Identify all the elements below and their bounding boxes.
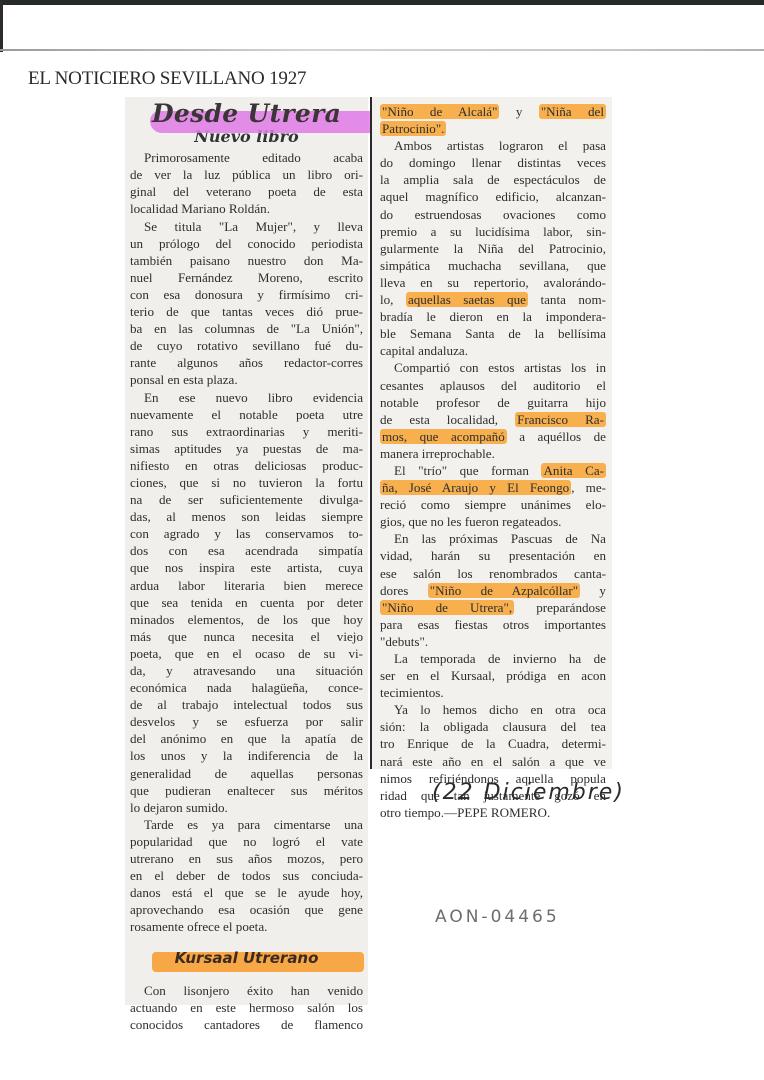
right-column-line: gios, que no les fueron regateados. (380, 513, 606, 530)
left-column-line: ginal del veterano poeta de esta (130, 183, 363, 200)
highlighted-phrase: aquellas saetas que (406, 292, 528, 307)
right-column-line: cesantes aplausos del auditorio el (380, 377, 606, 394)
highlighted-phrase: "Niña del (539, 104, 606, 119)
right-column-line: mos, que acompañó a aquéllos de (380, 428, 606, 445)
left-column-line: rosamente ofrece el poeta. (130, 918, 363, 935)
right-column-line: otro tiempo.—PEPE ROMERO. (380, 804, 606, 821)
left-column-line: ciones, que si no tuvieron la fortu (130, 474, 363, 491)
right-column-line: tro Enrique de la Cuadra, determi- (380, 735, 606, 752)
right-column-line: lo, aquellas saetas que tanta nom- (380, 291, 606, 308)
right-column-line: vidad, harán su presentación en (380, 547, 606, 564)
right-column-text: "Niño de Alcalá" y "Niña delPatrocinio".… (380, 103, 606, 821)
right-column-line: bradía le dieron en la impondera- (380, 308, 606, 325)
scan-top-border (0, 0, 764, 5)
left-column-line: minados elementos, de los que hoy (130, 611, 363, 628)
left-column-text: Primorosamente editado acabade ver la lu… (130, 149, 363, 935)
right-column-line: reció como siempre unánimes elo- (380, 496, 606, 513)
left-column-line: en el deber de todos sus conciuda- (130, 867, 363, 884)
right-column-line: Ya lo hemos dicho en otra oca (380, 701, 606, 718)
right-column-line: de esta localidad, Francisco Ra- (380, 411, 606, 428)
highlighted-phrase: "Niño de Azpalcóllar" (428, 583, 580, 598)
highlighted-phrase: mos, que acompañó (380, 429, 507, 444)
left-column-line: nuel Fernández Moreno, escrito (130, 269, 363, 286)
left-column-line: utrerano en sus años mozos, pero (130, 850, 363, 867)
highlighted-phrase: "Niño de Alcalá" (380, 104, 499, 119)
left-column-line: Primorosamente editado acaba (130, 149, 363, 166)
right-column-line: sión: la obligada clausura del tea (380, 718, 606, 735)
right-column-line: El "trío" que forman Anita Ca- (380, 462, 606, 479)
section-heading: Kursaal Utrerano (130, 950, 363, 974)
right-column-line: simpática muchacha sevillana, que (380, 257, 606, 274)
section2-text: Con lisonjero éxito han venidoactuando e… (130, 982, 363, 1033)
right-column-line: para esas fiestas otros importantes (380, 616, 606, 633)
left-column-line: del anónimo en que la apatía de (130, 730, 363, 747)
left-column-line: na de ser suficientemente divulga- (130, 491, 363, 508)
left-column-line: de al trabajo intelectual todos sus (130, 696, 363, 713)
left-column-line: simas aptitudes ya puestas de ma- (130, 440, 363, 457)
left-column-line: dos con esa acendrada simpatía (130, 542, 363, 559)
scan-left-border (0, 0, 3, 52)
left-column-line: Tarde es ya para cimentarse una (130, 816, 363, 833)
right-column-line: notable profesor de guitarra hijo (380, 394, 606, 411)
right-column-line: nará este año en el salón a que ve (380, 753, 606, 770)
left-column-line: rano sus extraordinarias y meriti- (130, 423, 363, 440)
right-column-line: ser en el Kursaal, pródiga en acon (380, 667, 606, 684)
left-column-line: Se titula "La Mujer", y lleva (130, 218, 363, 235)
right-column-line: lleva en su repertorio, avalorándo- (380, 274, 606, 291)
right-column-line: la amplia sala de espectáculos de (380, 171, 606, 188)
left-column-line: más que nunca necesita el viejo (130, 628, 363, 645)
left-column-line: un prólogo del conocido periodista (130, 235, 363, 252)
page-fold-line (0, 49, 764, 51)
left-column-line: con agrado y las conservamos to- (130, 525, 363, 542)
right-column-line: "debuts". (380, 633, 606, 650)
highlighted-phrase: Francisco Ra- (515, 412, 606, 427)
right-column-line: capital andaluza. (380, 342, 606, 359)
section2-line: conocidos cantadores de flamenco (130, 1016, 363, 1033)
right-column-line: tecimientos. (380, 684, 606, 701)
left-column: Desde Utrera Nuevo libro Primorosamente … (125, 97, 368, 1005)
left-column-line: que nos inspira este artista, cuya (130, 559, 363, 576)
left-column-line: nifiesto en otras deliciosas produc- (130, 457, 363, 474)
left-column-line: da, y atravesando una situación (130, 662, 363, 679)
left-column-line: que sea tenida en cuenta por deter (130, 594, 363, 611)
left-column-line: popularidad que no logró el vate (130, 833, 363, 850)
highlighted-phrase: Anita Ca- (541, 463, 606, 478)
left-column-line: ponsal en esta plaza. (130, 371, 363, 388)
newspaper-clipping: Desde Utrera Nuevo libro Primorosamente … (125, 97, 625, 1007)
right-column-line: "Niño de Alcalá" y "Niña del (380, 103, 606, 120)
section2-line: Con lisonjero éxito han venido (130, 982, 363, 999)
right-column-line: Patrocinio". (380, 120, 606, 137)
handwritten-archive-code: AON-04465 (435, 907, 560, 927)
right-column-line: La temporada de invierno ha de (380, 650, 606, 667)
left-column-line: lo dejaron sumido. (130, 799, 363, 816)
right-column: "Niño de Alcalá" y "Niña delPatrocinio".… (370, 97, 612, 769)
left-column-line: En ese nuevo libro evidencia (130, 389, 363, 406)
left-column-line: poeta, que en el ocaso de su vi- (130, 645, 363, 662)
right-column-line: "Niño de Utrera", preparándose (380, 599, 606, 616)
right-column-line: Ambos artistas lograron el pasa (380, 137, 606, 154)
handwritten-date-note: (22 Diciembre) (432, 780, 625, 805)
right-column-line: dores "Niño de Azpalcóllar" y (380, 582, 606, 599)
left-column-line: con esa donosura y firmísimo cri- (130, 286, 363, 303)
right-column-line: premio a su lucidísima labor, sin- (380, 223, 606, 240)
right-column-line: do estruendosas ovaciones como (380, 206, 606, 223)
left-column-line: terio de que tantas veces dió prue- (130, 303, 363, 320)
left-column-line: aprovechando esa ocasión que gene (130, 901, 363, 918)
section2-line: actuando en este hermoso salón los (130, 999, 363, 1016)
left-column-line: que pudieran enaltecer sus méritos (130, 782, 363, 799)
right-column-line: En las próximas Pascuas de Na (380, 530, 606, 547)
left-column-line: desvelos y se esfuerza por salir (130, 713, 363, 730)
left-column-line: también paisano nuestro don Ma- (130, 252, 363, 269)
left-column-line: rante algunos años redactor-corres (130, 354, 363, 371)
left-column-line: das, al menos son leidas siempre (130, 508, 363, 525)
right-column-line: Compartió con estos artistas los in (380, 359, 606, 376)
right-column-line: do domingo llenar distintas veces (380, 154, 606, 171)
highlighted-phrase: "Niño de Utrera", (380, 600, 514, 615)
source-title: EL NOTICIERO SEVILLANO 1927 (28, 68, 306, 90)
right-column-line: manera irreprochable. (380, 445, 606, 462)
left-column-line: ba en las columnas de "La Unión", (130, 320, 363, 337)
left-column-line: generalidad de aquellas personas (130, 765, 363, 782)
left-column-line: nuevamente el notable poeta utre (130, 406, 363, 423)
right-column-line: aquel magnífico edificio, alcanzan- (380, 188, 606, 205)
left-column-line: danos está el que se le ayude hoy, (130, 884, 363, 901)
right-column-line: ble Semana Santa de la bellísima (380, 325, 606, 342)
highlighted-phrase: Patrocinio". (380, 121, 446, 136)
left-column-line: los unos y la indiferencia de la (130, 747, 363, 764)
right-column-line: ese salón los renombrados canta- (380, 565, 606, 582)
right-column-line: ña, José Araujo y El Feongo, me- (380, 479, 606, 496)
right-column-line: gularmente la Niña del Patrocinio, (380, 240, 606, 257)
left-column-line: ardua labor literaria bien merece (130, 577, 363, 594)
left-column-line: de cuyo rotativo sevillano fué du- (130, 337, 363, 354)
left-column-line: localidad Mariano Roldán. (130, 200, 363, 217)
left-column-line: de ver la luz pública un libro ori- (130, 166, 363, 183)
highlighted-phrase: ña, José Araujo y El Feongo (380, 480, 571, 495)
left-column-line: económica nada halagüeña, conce- (130, 679, 363, 696)
article-headline: Desde Utrera (130, 105, 363, 122)
